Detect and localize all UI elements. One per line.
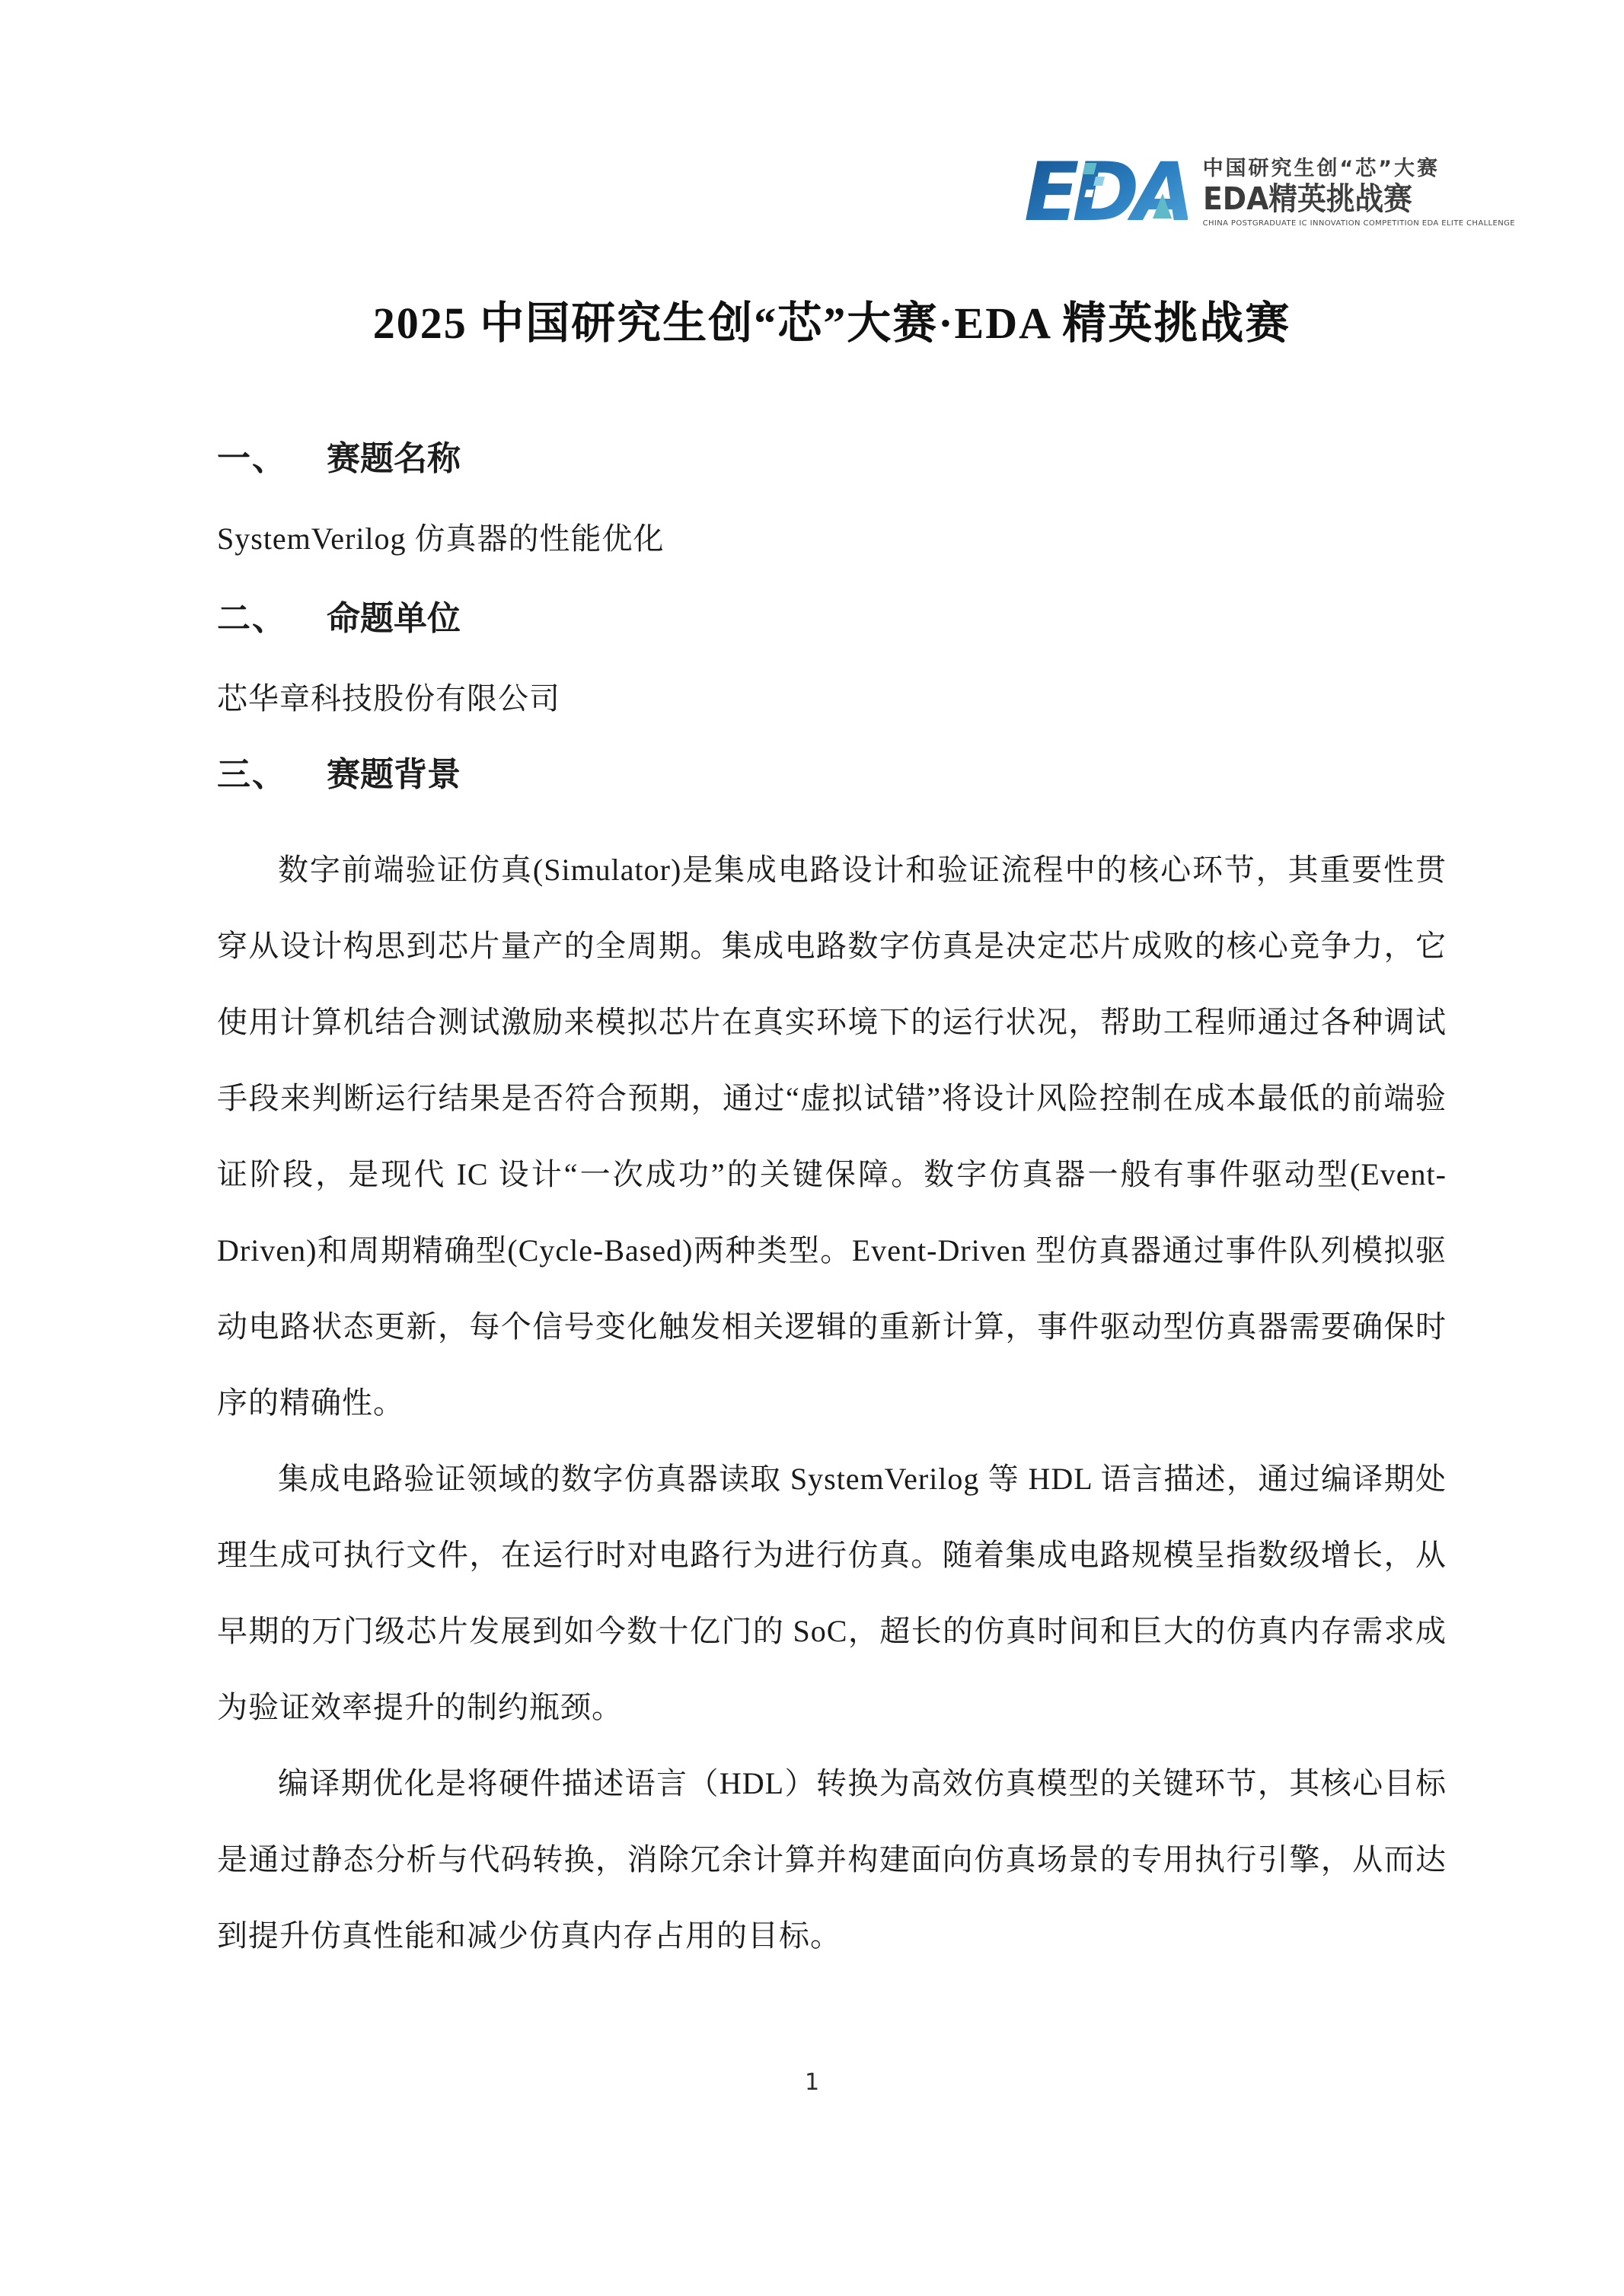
- section-3-heading: 三、 赛题背景: [217, 752, 1447, 798]
- section-1-heading: 一、 赛题名称: [217, 436, 1447, 482]
- logo-line2: EDA精英挑战赛: [1203, 181, 1491, 217]
- section-2-number: 二、: [217, 596, 287, 642]
- document-page: EDA 中国研究生创“芯”大赛 EDA精英挑战赛 CHINA POSTGRADU…: [0, 0, 1624, 2296]
- section-2-title: 命题单位: [327, 596, 461, 642]
- section-3-number: 三、: [217, 752, 287, 798]
- eda-logo-wordmark: EDA: [1024, 146, 1188, 239]
- section-1-number: 一、: [217, 436, 287, 482]
- section-2-heading: 二、 命题单位: [217, 596, 1447, 642]
- organizer-text: 芯华章科技股份有限公司: [217, 661, 1447, 737]
- section-1-title: 赛题名称: [327, 436, 461, 482]
- logo-text-block: 中国研究生创“芯”大赛 EDA精英挑战赛 CHINA POSTGRADUATE …: [1203, 157, 1515, 228]
- background-paragraphs: 数字前端验证仿真(Simulator)是集成电路设计和验证流程中的核心环节，其重…: [217, 832, 1447, 1974]
- header: EDA 中国研究生创“芯”大赛 EDA精英挑战赛 CHINA POSTGRADU…: [217, 145, 1515, 240]
- page-title: 2025 中国研究生创“芯”大赛·EDA 精英挑战赛: [217, 295, 1447, 352]
- background-paragraph-3: 编译期优化是将硬件描述语言（HDL）转换为高效仿真模型的关键环节，其核心目标是通…: [217, 1746, 1447, 1974]
- topic-name-text: SystemVerilog 仿真器的性能优化: [217, 501, 1447, 577]
- background-paragraph-2: 集成电路验证领域的数字仿真器读取 SystemVerilog 等 HDL 语言描…: [217, 1441, 1447, 1746]
- logo-english-caption: CHINA POSTGRADUATE IC INNOVATION COMPETI…: [1203, 219, 1515, 228]
- section-3-title: 赛题背景: [327, 752, 461, 798]
- logo-line1: 中国研究生创“芯”大赛: [1203, 157, 1515, 181]
- eda-competition-logo: EDA 中国研究生创“芯”大赛 EDA精英挑战赛 CHINA POSTGRADU…: [1024, 145, 1515, 240]
- background-paragraph-1: 数字前端验证仿真(Simulator)是集成电路设计和验证流程中的核心环节，其重…: [217, 832, 1447, 1441]
- eda-logo-icon: EDA: [1024, 146, 1188, 239]
- page-number: 1: [0, 2069, 1624, 2096]
